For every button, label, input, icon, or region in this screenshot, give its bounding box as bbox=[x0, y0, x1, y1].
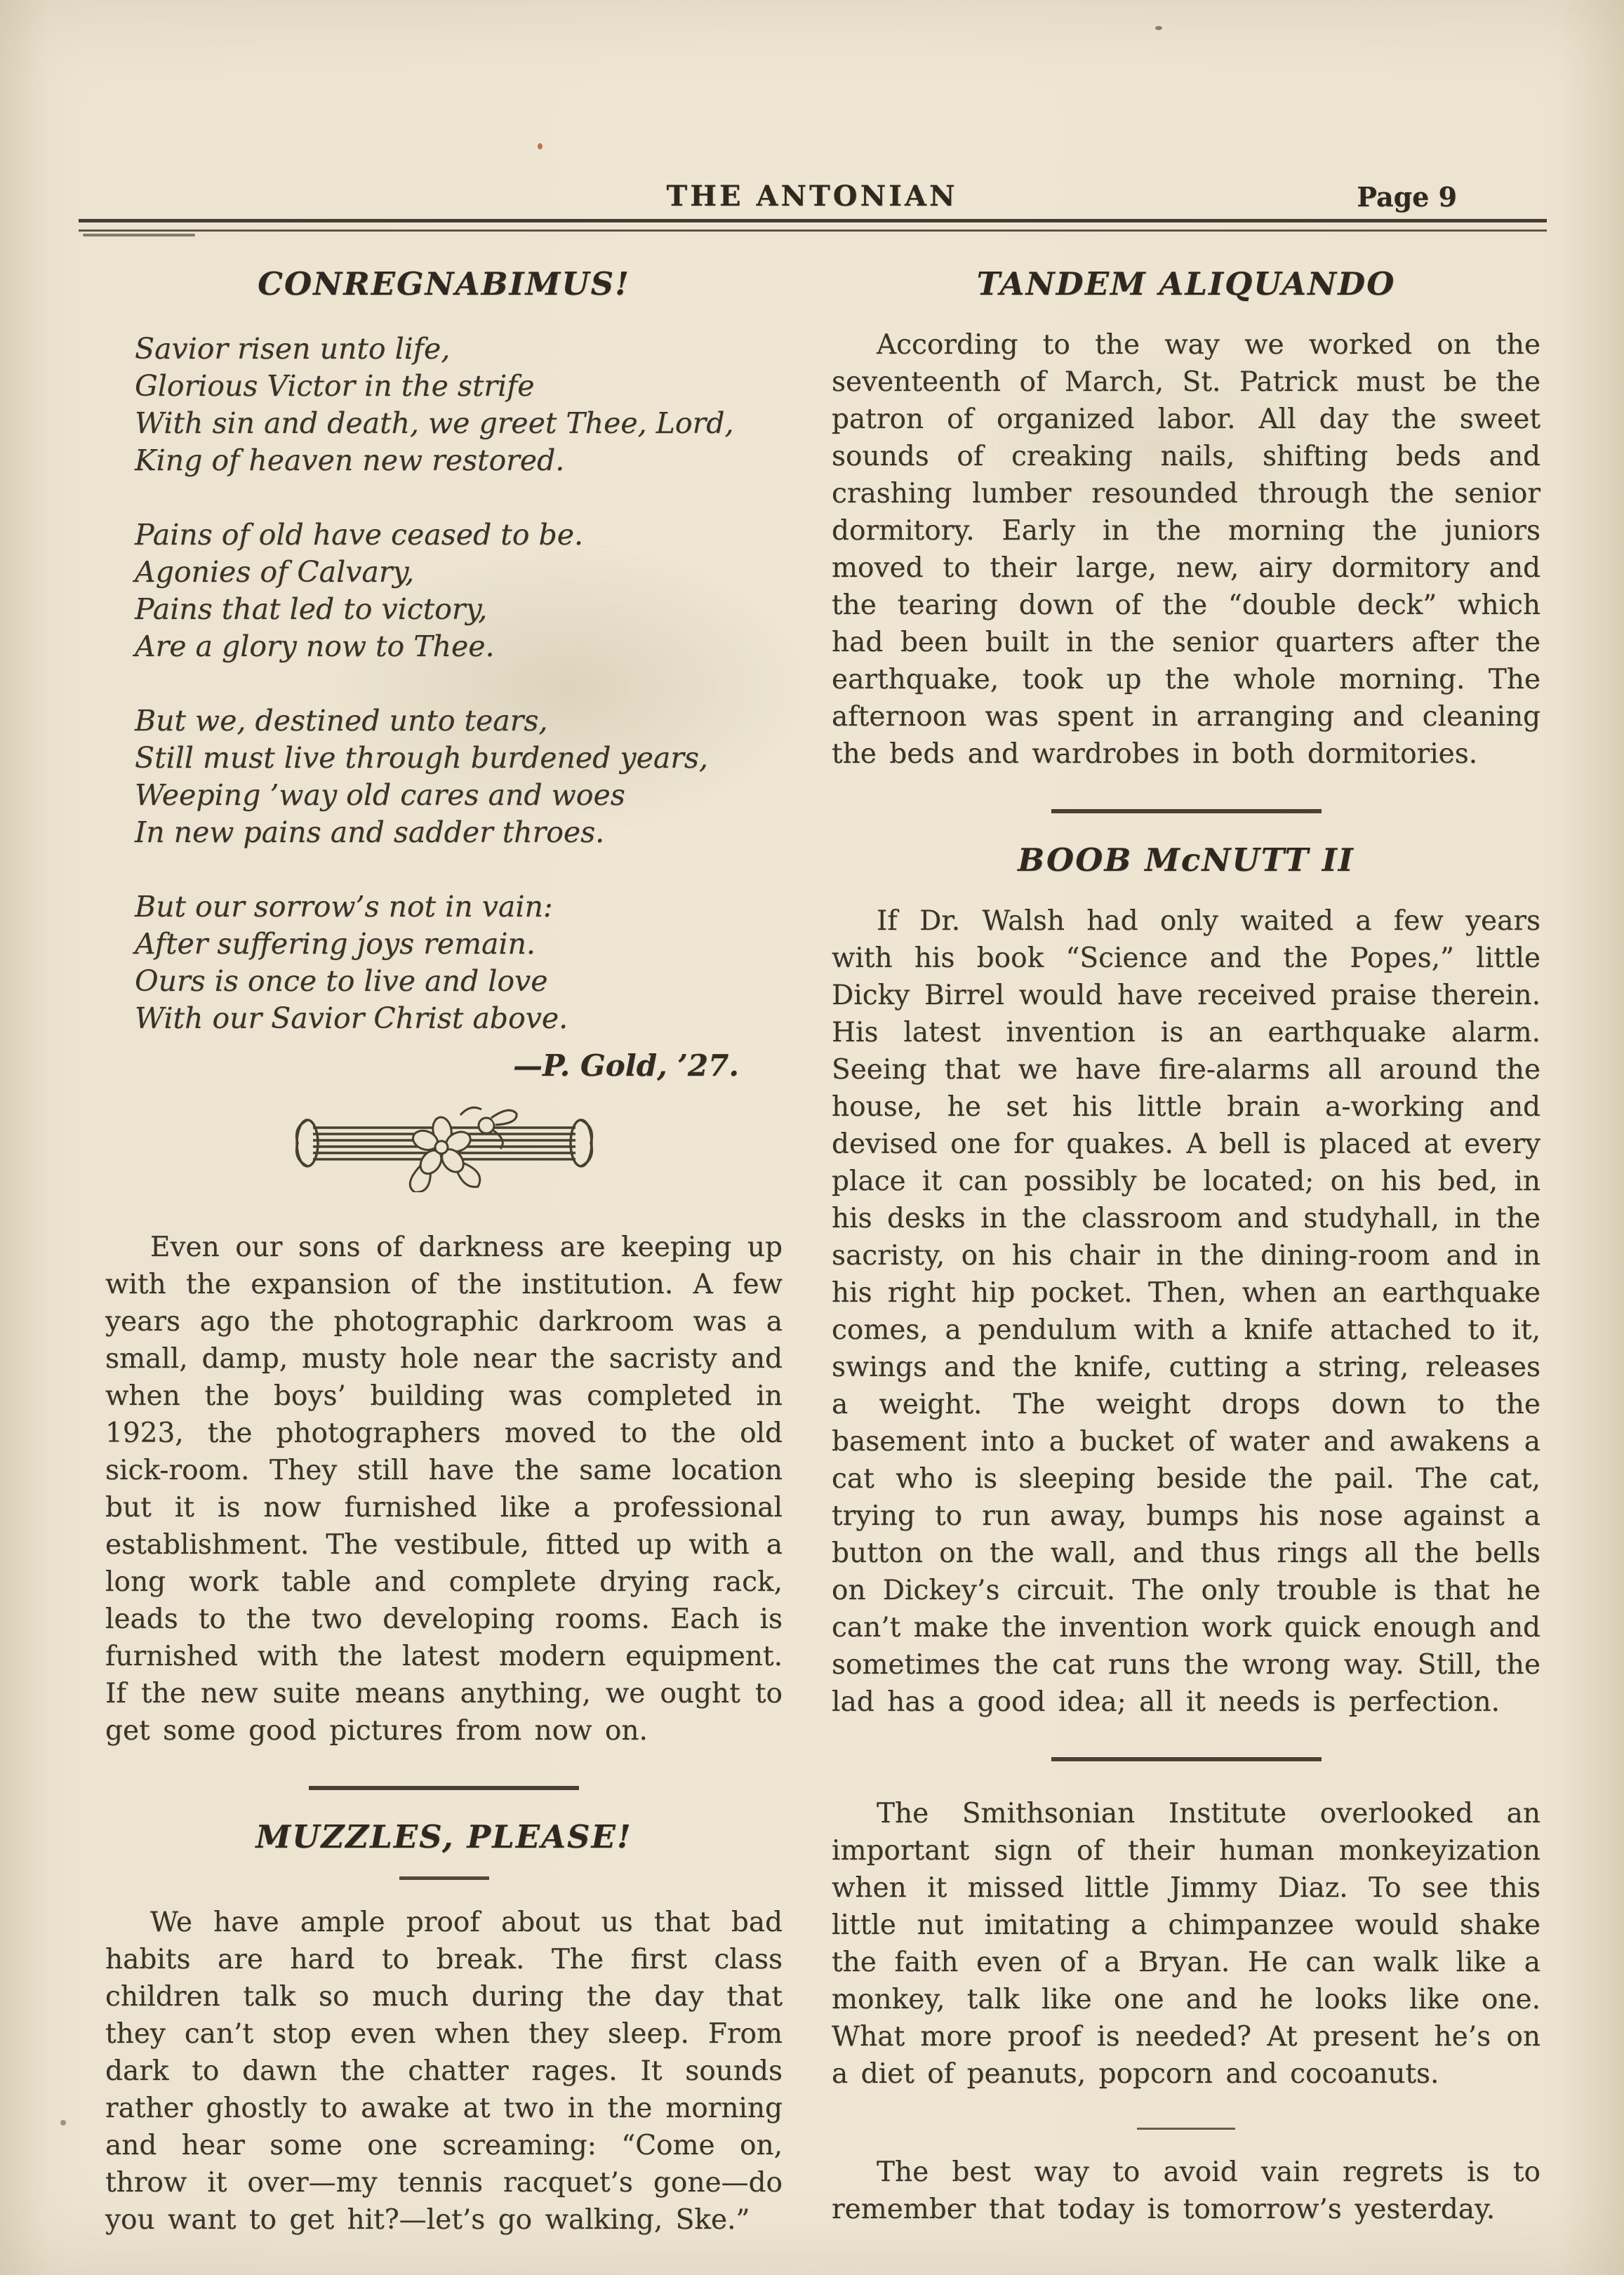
right-column: TANDEM ALIQUANDO According to the way we… bbox=[832, 257, 1540, 2255]
poem-stanza: But we, destined unto tears, Still must … bbox=[135, 702, 783, 851]
poem-line: Glorious Victor in the strife bbox=[135, 368, 783, 405]
poem: Savior risen unto life, Glorious Victor … bbox=[105, 331, 783, 1037]
poem-line: Weeping ’way old cares and woes bbox=[135, 777, 783, 814]
floral-rule-ornament bbox=[105, 1094, 783, 1195]
scan-speck bbox=[538, 143, 543, 149]
poem-line: Agonies of Calvary, bbox=[135, 554, 783, 591]
scan-speck bbox=[60, 2120, 66, 2126]
poem-line: With our Savior Christ above. bbox=[135, 1000, 783, 1037]
masthead-rule-fragment bbox=[83, 234, 195, 236]
poem-stanza: Pains of old have ceased to be. Agonies … bbox=[135, 516, 783, 665]
poem-line: With sin and death, we greet Thee, Lord, bbox=[135, 405, 783, 442]
section-divider-rule bbox=[309, 1786, 579, 1790]
smithsonian-paragraph: The Smithsonian Institute overlooked an … bbox=[832, 1795, 1540, 2093]
poem-line: But we, destined unto tears, bbox=[135, 702, 783, 740]
aphorism-paragraph: The best way to avoid vain regrets is to… bbox=[832, 2154, 1540, 2228]
poem-title: CONREGNABIMUS! bbox=[105, 257, 783, 302]
section-divider-rule bbox=[1051, 1757, 1322, 1761]
poem-line: After suffering joys remain. bbox=[135, 926, 783, 963]
muzzles-title: MUZZLES, PLEASE! bbox=[105, 1818, 783, 1855]
poem-line: But our sorrow’s not in vain: bbox=[135, 888, 783, 926]
boob-mcnutt-paragraph: If Dr. Walsh had only waited a few years… bbox=[832, 902, 1540, 1721]
poem-line: Pains that led to victory, bbox=[135, 591, 783, 628]
poem-line: In new pains and sadder throes. bbox=[135, 814, 783, 851]
poem-line: King of heaven new restored. bbox=[135, 442, 783, 479]
scan-speck bbox=[1155, 26, 1162, 30]
muzzles-paragraph: We have ample proof about us that bad ha… bbox=[105, 1904, 783, 2239]
tandem-paragraph: According to the way we worked on the se… bbox=[832, 326, 1540, 773]
poem-attribution: —P. Gold, ’27. bbox=[105, 1048, 783, 1083]
poem-line: Are a glory now to Thee. bbox=[135, 628, 783, 665]
boob-mcnutt-title: BOOB McNUTT II bbox=[832, 841, 1540, 879]
poem-line: Savior risen unto life, bbox=[135, 331, 783, 368]
poem-stanza: Savior risen unto life, Glorious Victor … bbox=[135, 331, 783, 479]
scanned-newspaper-page: THE ANTONIAN Page 9 CONREGNABIMUS! Savio… bbox=[0, 0, 1624, 2275]
section-divider-rule bbox=[1051, 809, 1322, 813]
poem-stanza: But our sorrow’s not in vain: After suff… bbox=[135, 888, 783, 1037]
aphorism-divider-rule bbox=[1137, 2128, 1235, 2130]
poem-line: Pains of old have ceased to be. bbox=[135, 516, 783, 554]
poem-line: Ours is once to live and love bbox=[135, 963, 783, 1000]
page-number: Page 9 bbox=[1357, 181, 1457, 213]
left-column: CONREGNABIMUS! Savior risen unto life, G… bbox=[105, 257, 783, 2266]
masthead-double-rule bbox=[79, 219, 1547, 232]
title-underline-rule bbox=[399, 1876, 489, 1880]
tandem-title: TANDEM ALIQUANDO bbox=[832, 257, 1540, 302]
poem-line: Still must live through burdened years, bbox=[135, 740, 783, 777]
darkroom-paragraph: Even our sons of darkness are keeping up… bbox=[105, 1229, 783, 1749]
